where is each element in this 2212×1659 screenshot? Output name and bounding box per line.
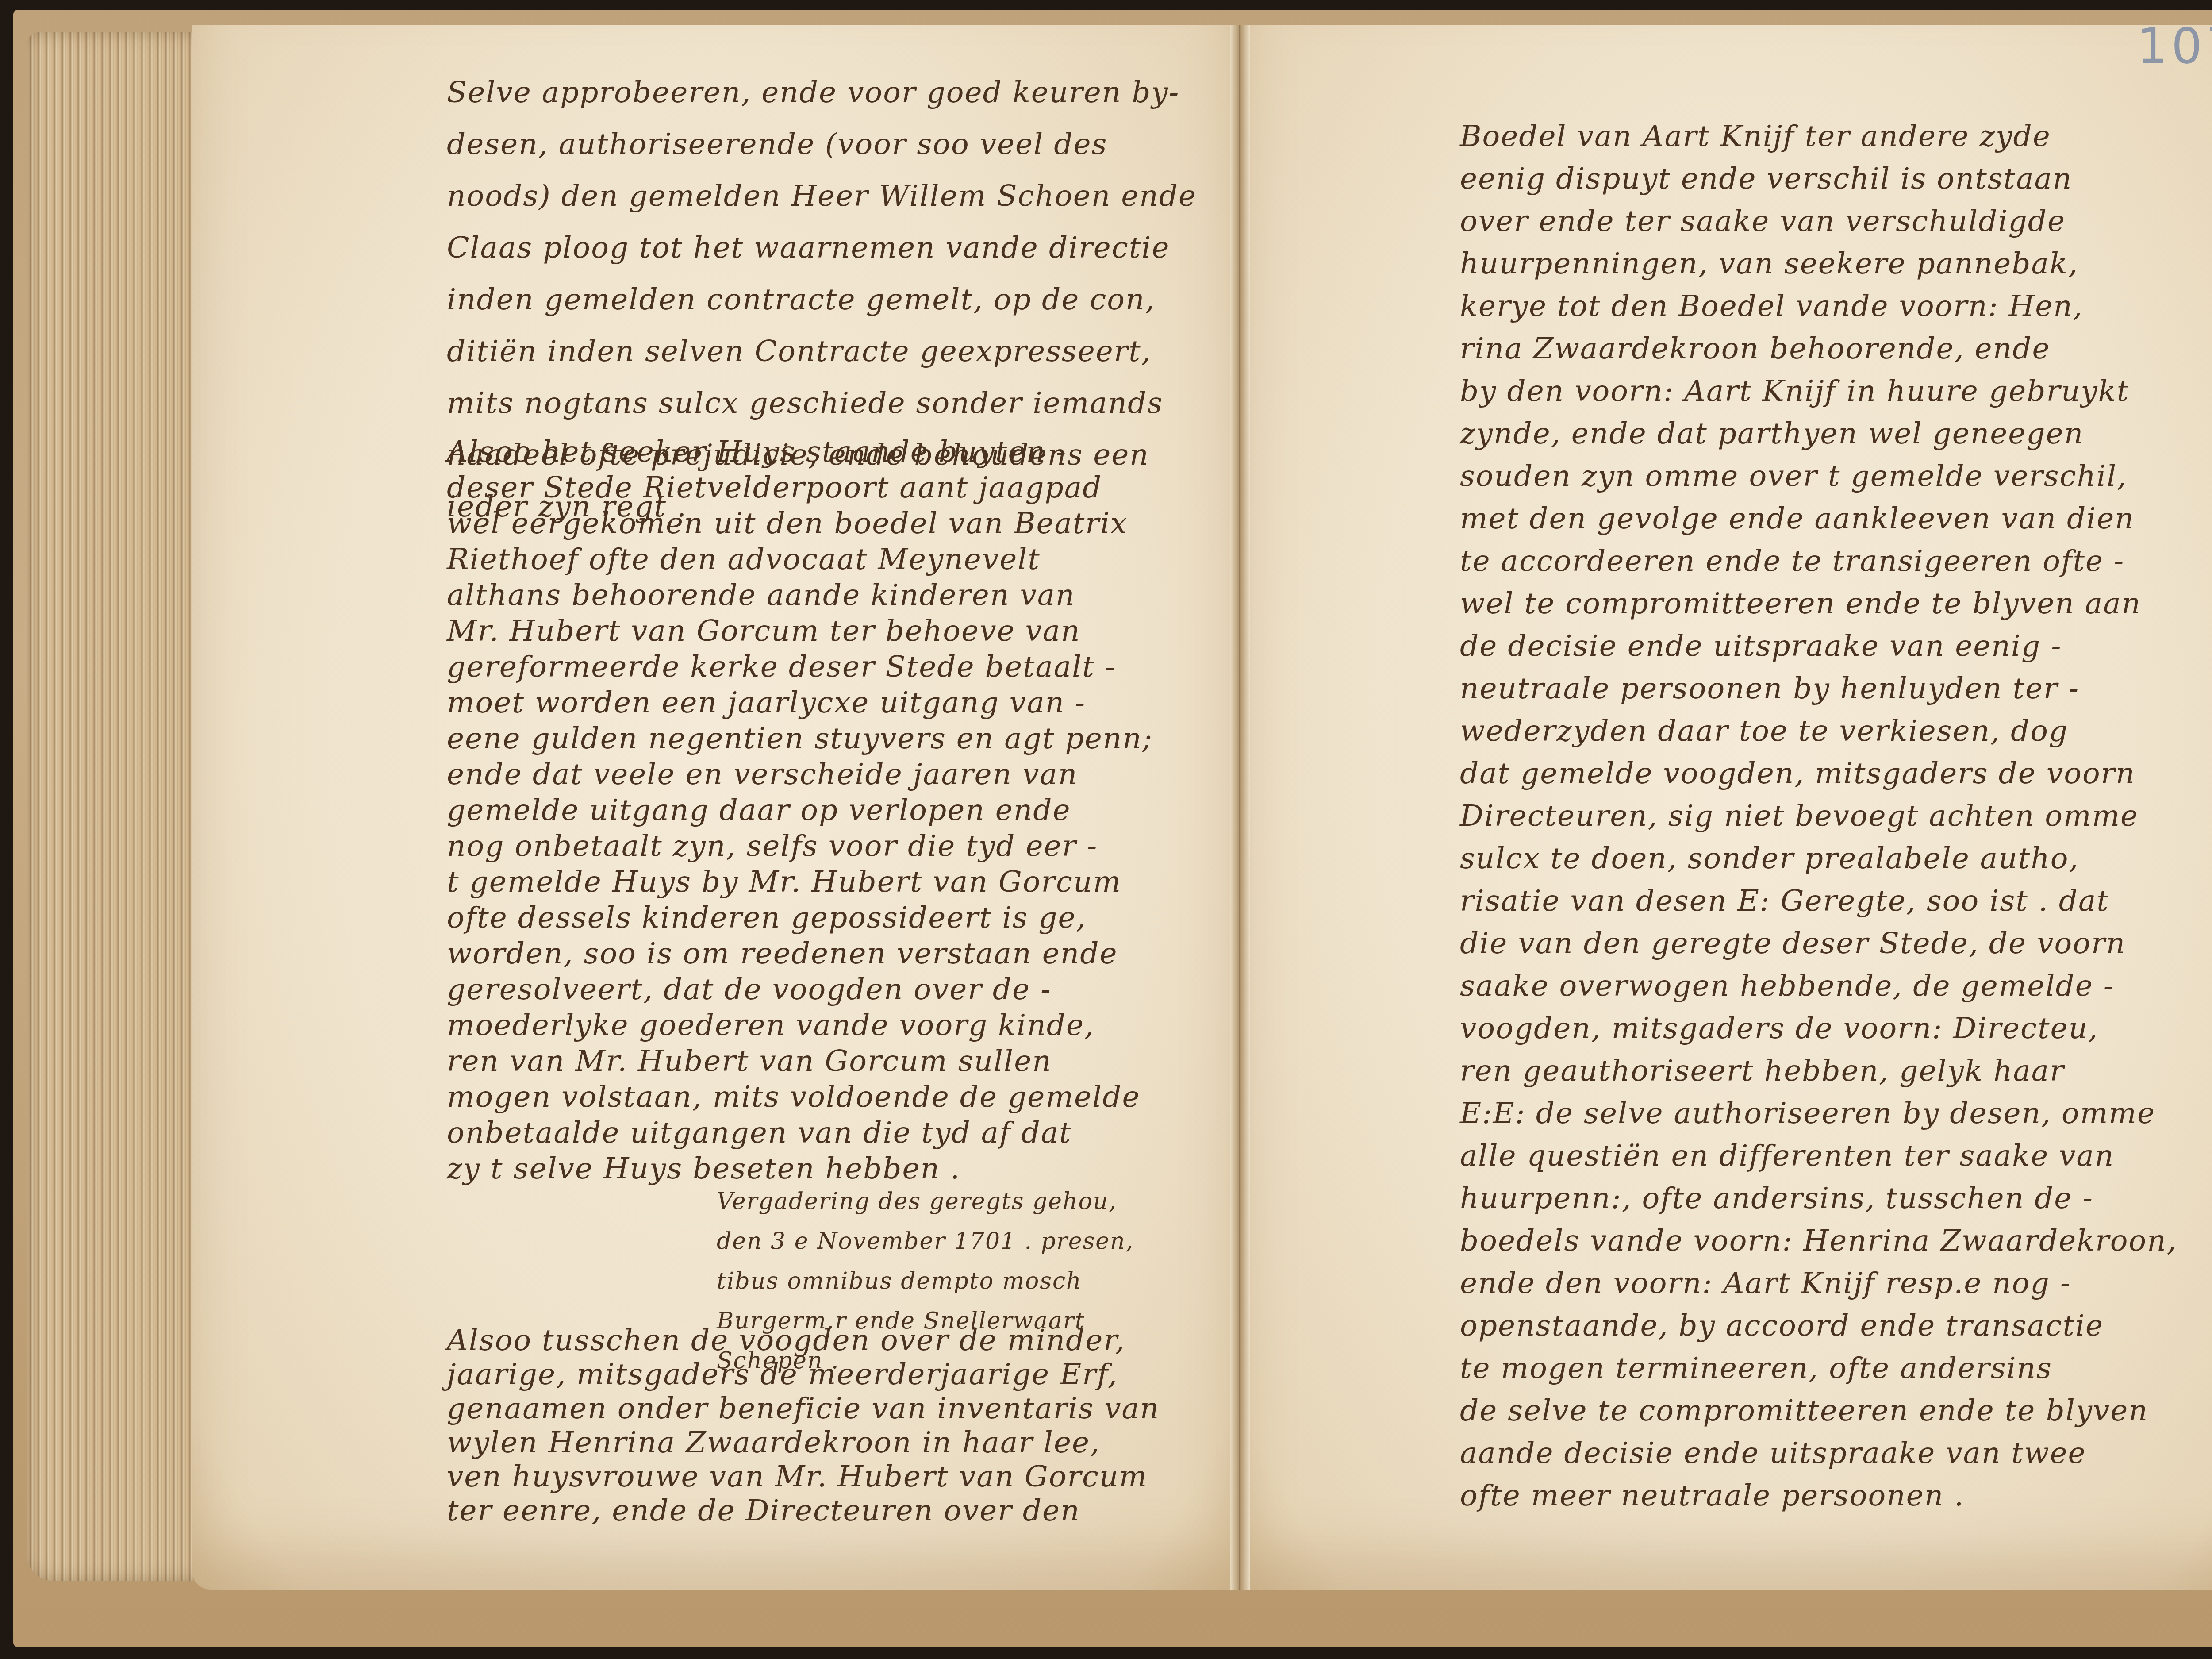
text-line: souden zyn omme over t gemelde verschil, bbox=[1460, 455, 2212, 497]
text-line: den 3 e November 1701 . presen, bbox=[717, 1221, 1212, 1261]
text-line: E:E: de selve authoriseeren by desen, om… bbox=[1460, 1092, 2212, 1135]
text-line: te accordeeren ende te transigeeren ofte… bbox=[1460, 540, 2212, 582]
text-line: Riethoef ofte den advocaat Meynevelt bbox=[447, 541, 1199, 577]
text-line: zy t selve Huys beseten hebben . bbox=[447, 1151, 1199, 1186]
text-line: gemelde uitgang daar op verlopen ende bbox=[447, 792, 1199, 828]
text-line: eenig dispuyt ende verschil is ontstaan bbox=[1460, 158, 2212, 200]
text-line: tibus omnibus dempto mosch bbox=[717, 1261, 1212, 1301]
text-line: aande decisie ende uitspraake van twee bbox=[1460, 1432, 2212, 1474]
text-line: wylen Henrina Zwaardekroon in haar lee, bbox=[447, 1425, 1199, 1459]
text-line: mogen volstaan, mits voldoende de gemeld… bbox=[447, 1079, 1199, 1115]
text-line: dat gemelde voogden, mitsgaders de voorn bbox=[1460, 752, 2212, 795]
text-line: rina Zwaardekroon behoorende, ende bbox=[1460, 327, 2212, 370]
text-line: ter eenre, ende de Directeuren over den bbox=[447, 1493, 1199, 1528]
text-line: Alsoo tusschen de voogden over de minder… bbox=[447, 1323, 1199, 1357]
text-line: openstaande, by accoord ende transactie bbox=[1460, 1305, 2212, 1347]
text-line: de decisie ende uitspraake van eenig - bbox=[1460, 625, 2212, 667]
text-line: ofte meer neutraale persoonen . bbox=[1460, 1474, 2212, 1517]
text-line: wederzyden daar toe te verkiesen, dog bbox=[1460, 710, 2212, 752]
text-line: noods) den gemelden Heer Willem Schoen e… bbox=[447, 170, 1199, 222]
left-page-edges bbox=[27, 32, 212, 1581]
text-line: moet worden een jaarlycxe uitgang van - bbox=[447, 685, 1199, 720]
text-line: ren van Mr. Hubert van Gorcum sullen bbox=[447, 1043, 1199, 1079]
text-line: kerye tot den Boedel vande voorn: Hen, bbox=[1460, 285, 2212, 327]
text-line: ven huysvrouwe van Mr. Hubert van Gorcum bbox=[447, 1459, 1199, 1493]
text-line: Directeuren, sig niet bevoegt achten omm… bbox=[1460, 795, 2212, 837]
text-line: ren geauthoriseert hebben, gelyk haar bbox=[1460, 1050, 2212, 1092]
text-line: Vergadering des geregts gehou, bbox=[717, 1182, 1212, 1221]
text-line: Boedel van Aart Knijf ter andere zyde bbox=[1460, 115, 2212, 158]
text-line: de selve te compromitteeren ende te blyv… bbox=[1460, 1390, 2212, 1432]
text-line: wel eergekomen uit den boedel van Beatri… bbox=[447, 505, 1199, 541]
text-line: boedels vande voorn: Henrina Zwaardekroo… bbox=[1460, 1220, 2212, 1262]
book-gutter bbox=[1230, 25, 1250, 1590]
text-line: gereformeerde kerke deser Stede betaalt … bbox=[447, 649, 1199, 685]
text-line: alle questiën en differenten ter saake v… bbox=[1460, 1135, 2212, 1177]
text-line: ofte dessels kinderen gepossideert is ge… bbox=[447, 900, 1199, 935]
text-line: moederlyke goederen vande voorg kinde, bbox=[447, 1007, 1199, 1043]
left-paragraph-2: Alsoo het seeker Huys staande buyten - d… bbox=[447, 434, 1199, 1186]
text-line: die van den geregte deser Stede, de voor… bbox=[1460, 922, 2212, 965]
text-line: deser Stede Rietvelderpoort aant jaagpad bbox=[447, 470, 1199, 505]
text-line: over ende ter saake van verschuldigde bbox=[1460, 200, 2212, 242]
text-line: te mogen termineeren, ofte andersins bbox=[1460, 1347, 2212, 1390]
text-line: met den gevolge ende aankleeven van dien bbox=[1460, 497, 2212, 540]
folio-number: 107 bbox=[2137, 18, 2212, 74]
text-line: huurpenn:, ofte andersins, tusschen de - bbox=[1460, 1177, 2212, 1220]
text-line: Claas ploog tot het waarnemen vande dire… bbox=[447, 222, 1199, 273]
text-line: ende dat veele en verscheide jaaren van bbox=[447, 756, 1199, 792]
text-line: huurpenningen, van seekere pannebak, bbox=[1460, 242, 2212, 285]
text-line: t gemelde Huys by Mr. Hubert van Gorcum bbox=[447, 864, 1199, 900]
text-line: neutraale persoonen by henluyden ter - bbox=[1460, 667, 2212, 710]
text-line: Selve approbeeren, ende voor goed keuren… bbox=[447, 66, 1199, 118]
text-line: Mr. Hubert van Gorcum ter behoeve van bbox=[447, 613, 1199, 649]
text-line: mits nogtans sulcx geschiede sonder iema… bbox=[447, 377, 1199, 429]
text-line: eene gulden negentien stuyvers en agt pe… bbox=[447, 720, 1199, 756]
right-paragraph-1: Boedel van Aart Knijf ter andere zyde ee… bbox=[1460, 115, 2212, 1517]
text-line: inden gemelden contracte gemelt, op de c… bbox=[447, 273, 1199, 325]
text-line: jaarige, mitsgaders de meerderjaarige Er… bbox=[447, 1357, 1199, 1391]
text-line: ditiën inden selven Contracte geexpresse… bbox=[447, 325, 1199, 377]
text-line: voogden, mitsgaders de voorn: Directeu, bbox=[1460, 1007, 2212, 1050]
text-line: althans behoorende aande kinderen van bbox=[447, 577, 1199, 613]
text-line: zynde, ende dat parthyen wel geneegen bbox=[1460, 412, 2212, 455]
text-line: geresolveert, dat de voogden over de - bbox=[447, 971, 1199, 1007]
left-paragraph-3: Alsoo tusschen de voogden over de minder… bbox=[447, 1323, 1199, 1528]
text-line: risatie van desen E: Geregte, soo ist . … bbox=[1460, 880, 2212, 922]
text-line: onbetaalde uitgangen van die tyd af dat bbox=[447, 1115, 1199, 1151]
text-line: wel te compromitteeren ende te blyven aa… bbox=[1460, 582, 2212, 625]
text-line: Alsoo het seeker Huys staande buyten - bbox=[447, 434, 1199, 470]
text-line: by den voorn: Aart Knijf in huure gebruy… bbox=[1460, 370, 2212, 412]
text-line: worden, soo is om reedenen verstaan ende bbox=[447, 935, 1199, 971]
text-line: sulcx te doen, sonder prealabele autho, bbox=[1460, 837, 2212, 880]
text-line: desen, authoriseerende (voor soo veel de… bbox=[447, 118, 1199, 170]
text-line: nog onbetaalt zyn, selfs voor die tyd ee… bbox=[447, 828, 1199, 864]
text-line: ende den voorn: Aart Knijf resp.e nog - bbox=[1460, 1262, 2212, 1305]
text-line: saake overwogen hebbende, de gemelde - bbox=[1460, 965, 2212, 1007]
text-line: genaamen onder beneficie van inventaris … bbox=[447, 1391, 1199, 1425]
